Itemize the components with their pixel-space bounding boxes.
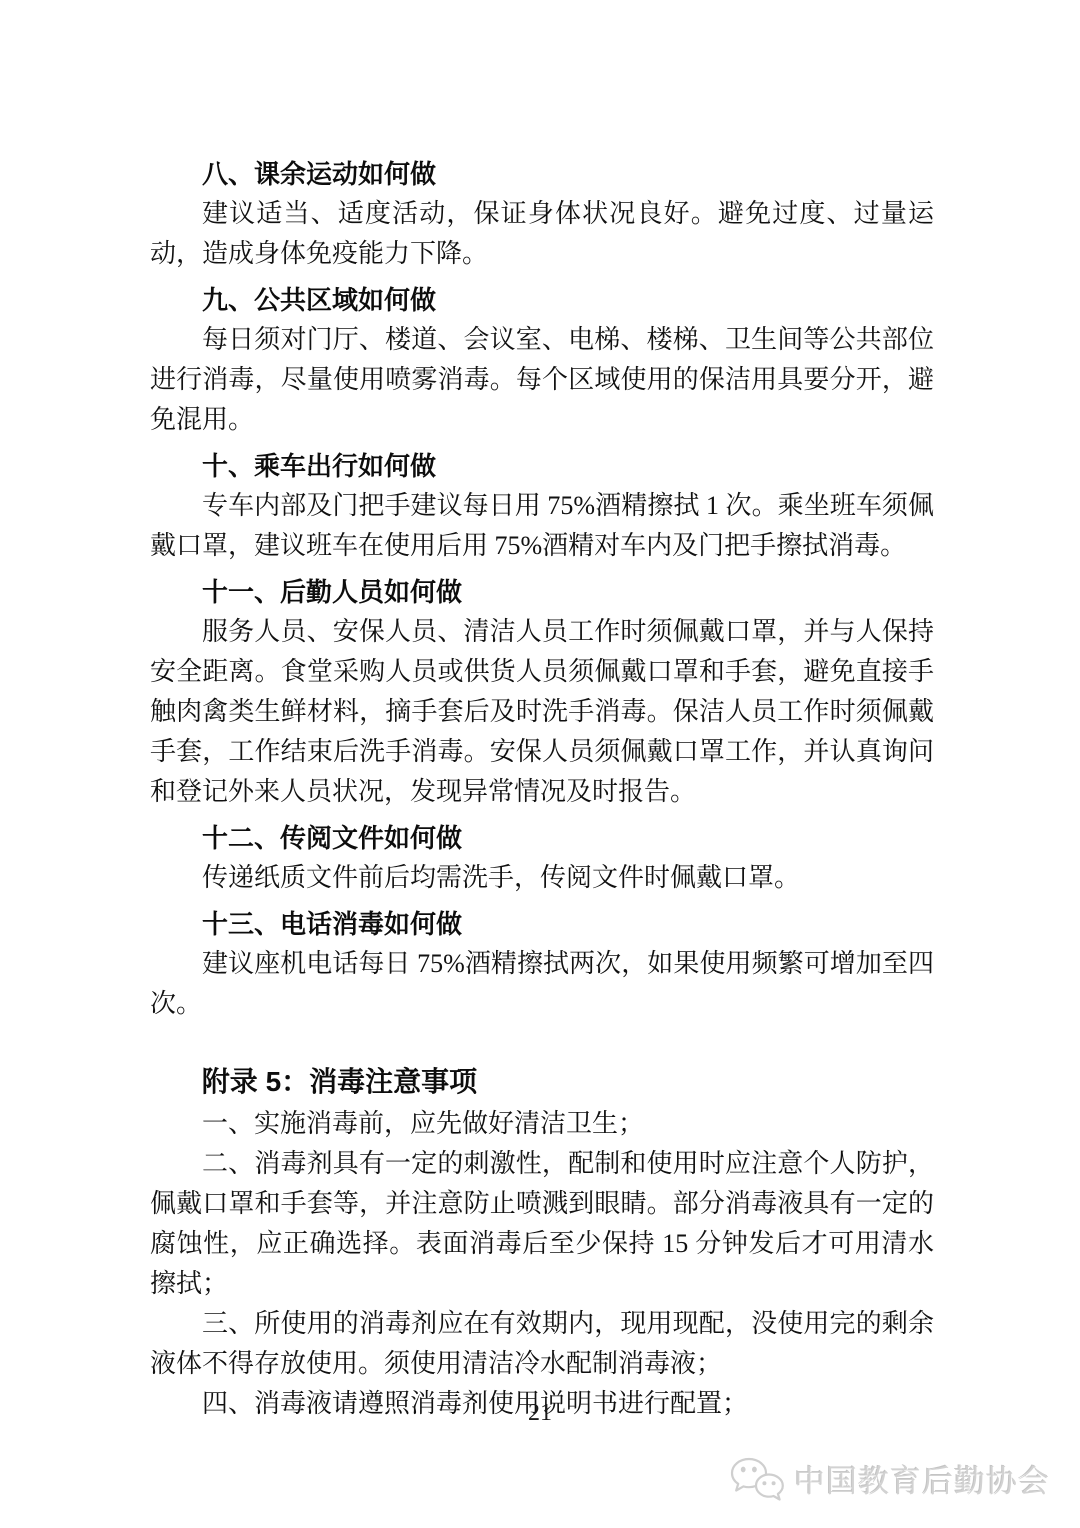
appendix-title: 附录 5：消毒注意事项: [150, 1060, 934, 1104]
section-paragraph-13: 建议座机电话每日 75%酒精擦拭两次，如果使用频繁可增加至四次。: [150, 944, 934, 1024]
section-heading-8: 八、课余运动如何做: [150, 154, 934, 194]
watermark-text: 中国教育后勤协会: [794, 1466, 1050, 1497]
appendix-item-1: 一、实施消毒前，应先做好清洁卫生；: [150, 1104, 934, 1144]
footer-watermark: 中国教育后勤协会: [728, 1456, 1050, 1506]
appendix-item-2: 二、消毒剂具有一定的刺激性，配制和使用时应注意个人防护，佩戴口罩和手套等，并注意…: [150, 1144, 934, 1304]
section-paragraph-12: 传递纸质文件前后均需洗手，传阅文件时佩戴口罩。: [150, 858, 934, 898]
section-heading-12: 十二、传阅文件如何做: [150, 818, 934, 858]
wechat-icon: [728, 1456, 786, 1506]
appendix-item-3: 三、所使用的消毒剂应在有效期内，现用现配，没使用完的剩余液体不得存放使用。须使用…: [150, 1304, 934, 1384]
document-content: 八、课余运动如何做 建议适当、适度活动，保证身体状况良好。避免过度、过量运动，造…: [150, 148, 934, 1424]
section-heading-9: 九、公共区域如何做: [150, 280, 934, 320]
section-paragraph-10: 专车内部及门把手建议每日用 75%酒精擦拭 1 次。乘坐班车须佩戴口罩，建议班车…: [150, 486, 934, 566]
document-page: 八、课余运动如何做 建议适当、适度活动，保证身体状况良好。避免过度、过量运动，造…: [0, 0, 1080, 1528]
section-heading-11: 十一、后勤人员如何做: [150, 572, 934, 612]
section-paragraph-8: 建议适当、适度活动，保证身体状况良好。避免过度、过量运动，造成身体免疫能力下降。: [150, 194, 934, 274]
section-heading-10: 十、乘车出行如何做: [150, 446, 934, 486]
section-heading-13: 十三、电话消毒如何做: [150, 904, 934, 944]
section-paragraph-11: 服务人员、安保人员、清洁人员工作时须佩戴口罩，并与人保持安全距离。食堂采购人员或…: [150, 612, 934, 812]
page-number: 21: [0, 1398, 1080, 1428]
section-paragraph-9: 每日须对门厅、楼道、会议室、电梯、楼梯、卫生间等公共部位进行消毒，尽量使用喷雾消…: [150, 320, 934, 440]
